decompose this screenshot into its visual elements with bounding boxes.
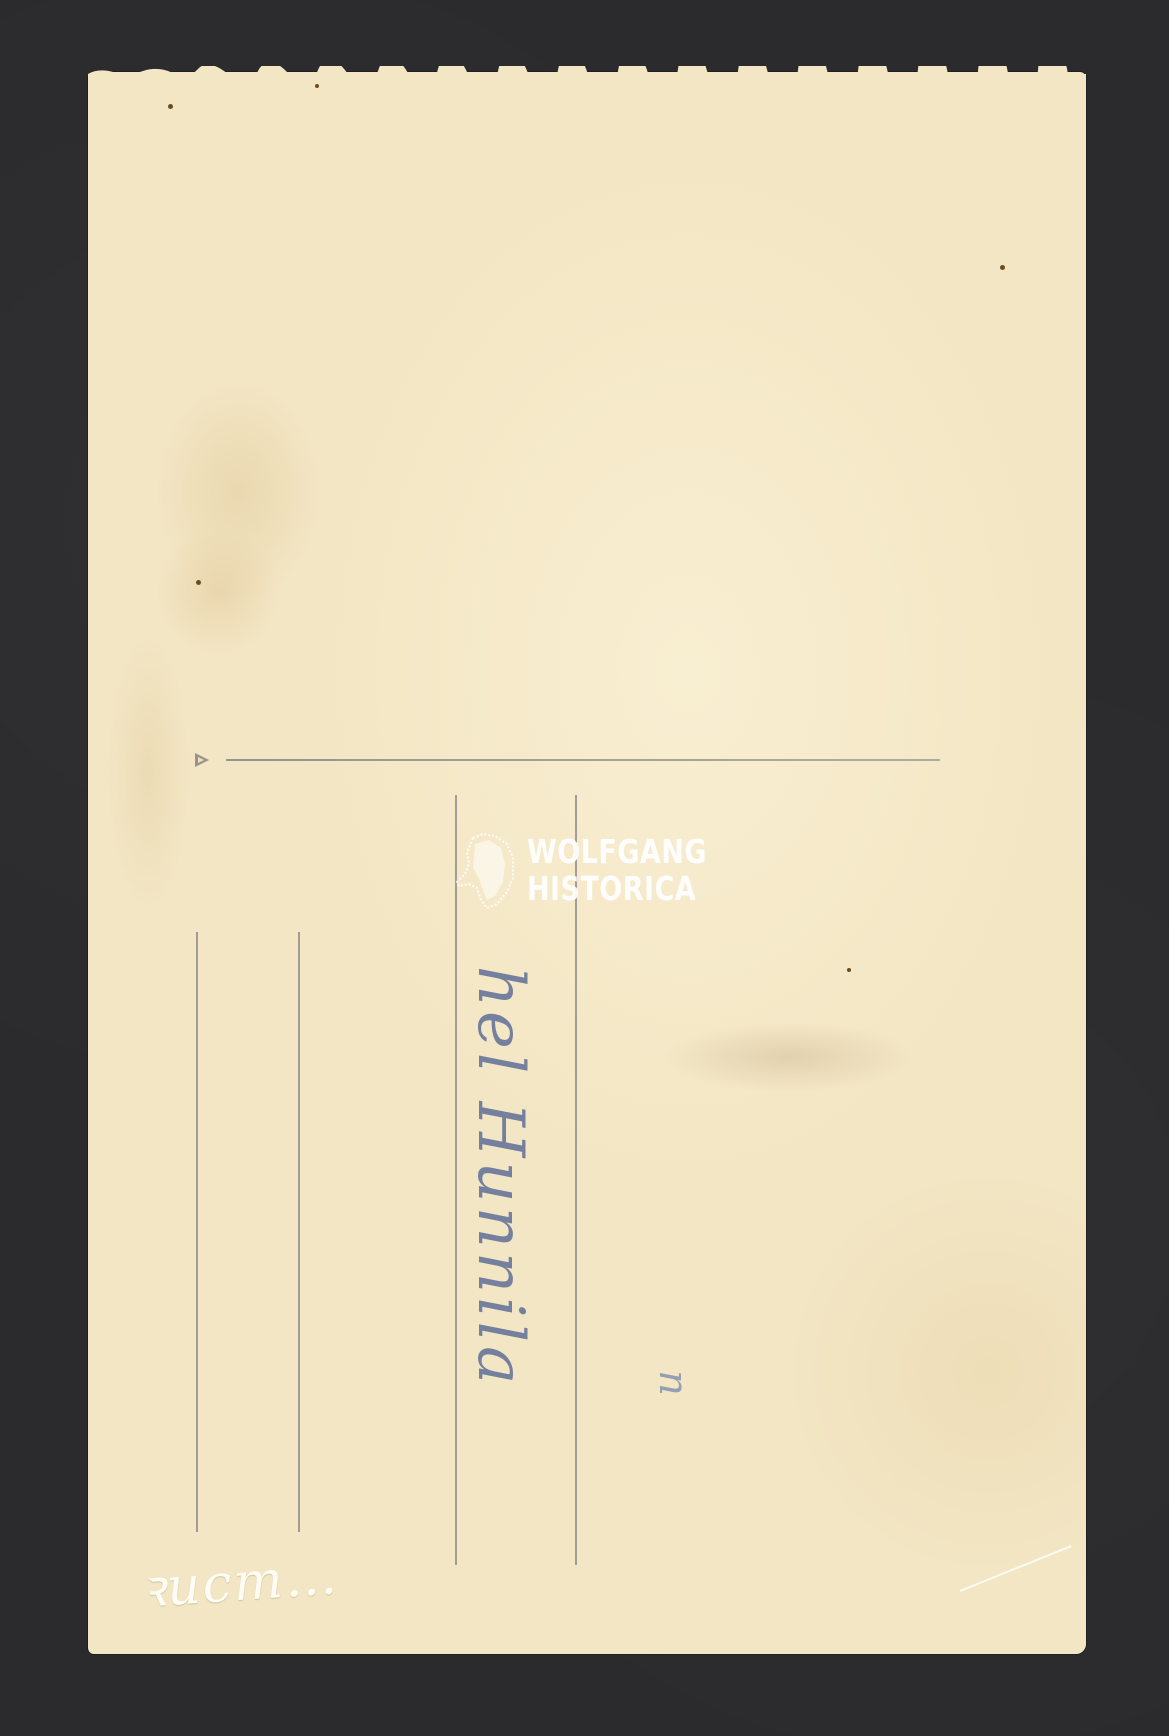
address-line <box>298 932 300 1532</box>
deckled-top-edge <box>88 66 1086 80</box>
triangle-marker-icon <box>195 753 209 767</box>
embossed-signature: ꝛucm… <box>138 1538 341 1623</box>
watermark-line1: WOLFGANG <box>527 835 707 868</box>
handwritten-mark: n <box>650 1370 696 1396</box>
watermark-line2: HISTORICA <box>527 872 707 905</box>
handwritten-name: hel Hunnila <box>463 897 537 1457</box>
address-line <box>196 932 198 1532</box>
stain-dot <box>315 84 319 88</box>
stain-dot <box>847 968 851 972</box>
stain-dot <box>196 580 201 585</box>
stain-dot <box>168 104 173 109</box>
stain-dot <box>1000 265 1005 270</box>
watermark-text: WOLFGANG HISTORICA <box>527 833 707 907</box>
horizontal-divider-line <box>226 759 940 761</box>
